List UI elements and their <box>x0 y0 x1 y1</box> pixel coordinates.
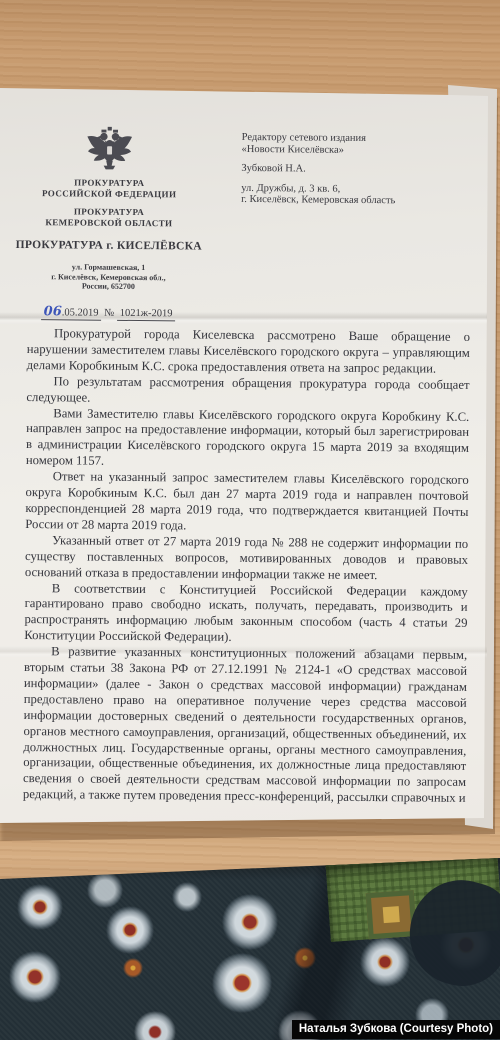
letterhead-address-line: России, 652700 <box>10 281 206 292</box>
letter-paragraph: Ответ на указанный запрос заместителем г… <box>25 469 469 536</box>
letter-paragraph: В развитие указанных конституционных пол… <box>23 644 467 807</box>
date-field: 06.05.2019 <box>41 307 102 321</box>
letterhead: ПРОКУРАТУРА РОССИЙСКОЙ ФЕДЕРАЦИИ ПРОКУРА… <box>10 126 208 320</box>
recipient-name: Зубковой Н.А. <box>241 163 451 176</box>
letter-paragraph: Указанный ответ от 27 марта 2019 года № … <box>25 533 468 585</box>
typed-date: .05.2019 <box>62 307 99 318</box>
letter-paragraph: Прокуратурой города Киселевска рассмотре… <box>27 326 470 378</box>
letter-paragraph: В соответствии с Конституцией Российской… <box>24 581 468 648</box>
letter-paragraph: По результатам рассмотрения обращения пр… <box>26 374 469 410</box>
recipient-block: Редактору сетевого издания «Новости Кисе… <box>241 132 452 207</box>
russia-coat-of-arms-icon <box>84 127 134 175</box>
document-photo: ПРОКУРАТУРА РОССИЙСКОЙ ФЕДЕРАЦИИ ПРОКУРА… <box>0 0 500 1040</box>
letterhead-address: ул. Гормашевская, 1 г. Киселёвск, Кемеро… <box>10 262 206 292</box>
photo-credit-bar: Наталья Зубкова (Courtesy Photo) <box>292 1020 500 1039</box>
letterhead-line: РОССИЙСКОЙ ФЕДЕРАЦИИ <box>11 187 207 199</box>
letterhead-org-city: ПРОКУРАТУРА г. КИСЕЛЁВСКА <box>11 239 207 254</box>
letter-body: Прокуратурой города Киселевска рассмотре… <box>23 326 470 807</box>
document-number: 1021ж-2019 <box>117 307 176 321</box>
letterhead-org-region: ПРОКУРАТУРА КЕМЕРОВСКОЙ ОБЛАСТИ <box>11 206 207 229</box>
letterhead-org-federation: ПРОКУРАТУРА РОССИЙСКОЙ ФЕДЕРАЦИИ <box>11 177 207 200</box>
number-sign: № <box>104 307 114 318</box>
document-content: ПРОКУРАТУРА РОССИЙСКОЙ ФЕДЕРАЦИИ ПРОКУРА… <box>0 0 500 1040</box>
recipient-address-line: г. Киселёвск, Кемеровская область <box>241 194 451 207</box>
date-and-number-line: 06.05.2019 № 1021ж-2019 <box>10 303 206 320</box>
letter-paragraph: Вами Заместителю главы Киселёвского горо… <box>26 406 470 473</box>
handwritten-day: 06 <box>44 304 62 319</box>
letterhead-line: КЕМЕРОВСКОЙ ОБЛАСТИ <box>11 216 207 228</box>
recipient-title-line: «Новости Киселёвска» <box>242 143 452 156</box>
photo-credit-text: Наталья Зубкова (Courtesy Photo) <box>299 1023 493 1035</box>
